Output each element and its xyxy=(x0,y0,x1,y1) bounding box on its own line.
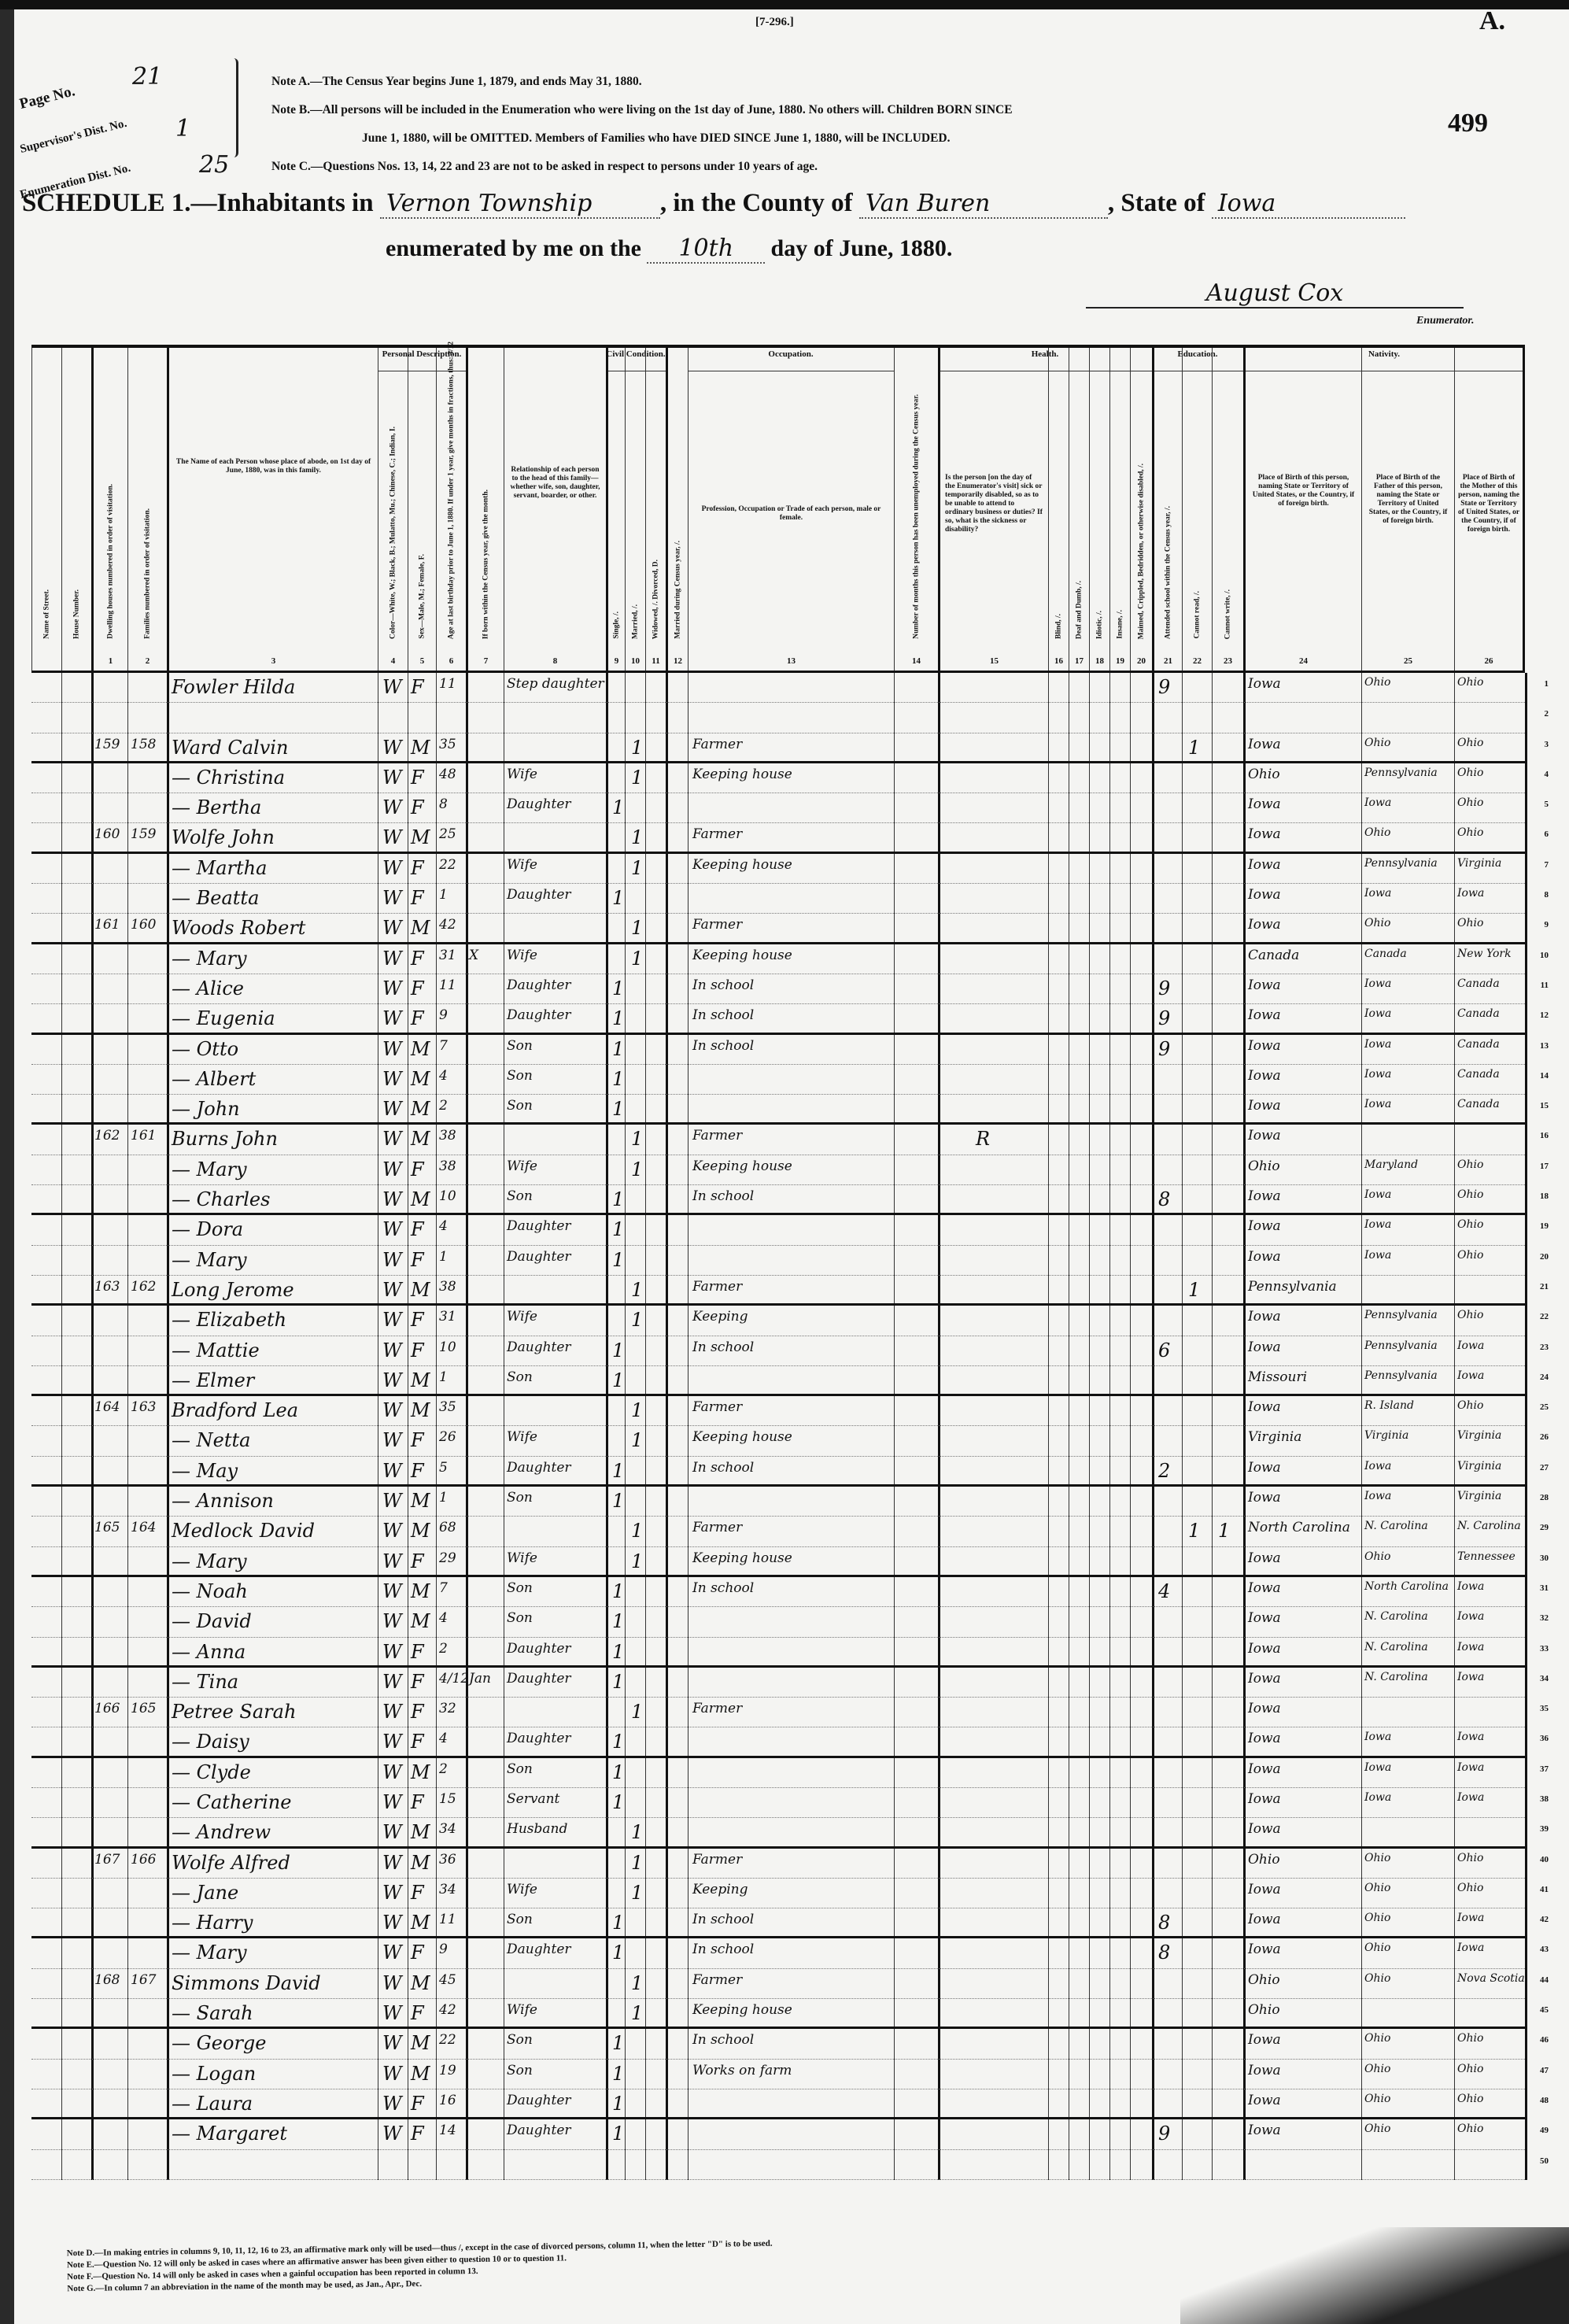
cell-father: Ohio xyxy=(1364,2123,1390,2135)
cell-family: 165 xyxy=(131,1701,156,1716)
cell-mother: Iowa xyxy=(1457,1580,1484,1593)
cell-married: 1 xyxy=(631,2002,643,2024)
cell-sex: M xyxy=(411,1912,430,1934)
cell-color: W xyxy=(382,2002,402,2024)
cell-name: — Daisy xyxy=(172,1731,249,1753)
cell-color: W xyxy=(382,1188,402,1210)
cell-mother: Iowa xyxy=(1457,1339,1484,1352)
line-number: 21 xyxy=(1540,1282,1549,1291)
cell-age: 1 xyxy=(439,887,448,903)
cell-married: 1 xyxy=(631,1821,643,1843)
cell-birth: Iowa xyxy=(1248,1610,1281,1626)
cell-color: W xyxy=(382,1460,402,1482)
cell-name: — Andrew xyxy=(172,1821,271,1843)
cell-birth: Iowa xyxy=(1248,1399,1281,1415)
cell-rel: Daughter xyxy=(507,887,571,903)
cell-age: 22 xyxy=(439,857,456,873)
cell-age: 14 xyxy=(439,2123,456,2138)
cell-cannot-read: 1 xyxy=(1188,737,1200,759)
enum-suffix: day of June, 1880. xyxy=(771,235,953,261)
cell-father: Iowa xyxy=(1364,1038,1391,1051)
cell-single: 1 xyxy=(612,887,624,909)
cell-father: Iowa xyxy=(1364,796,1391,809)
supervisor-value: 1 xyxy=(175,115,190,142)
line-number: 18 xyxy=(1540,1192,1549,1201)
cell-single: 1 xyxy=(612,1068,624,1090)
cell-single: 1 xyxy=(612,1671,624,1693)
cell-dwelling: 159 xyxy=(94,737,120,752)
cell-mother: Canada xyxy=(1457,1098,1500,1110)
header-married: Married, /.10 xyxy=(625,348,645,671)
table-row: — MaryWF31XWife1Keeping houseCanadaCanad… xyxy=(31,944,1525,974)
cell-name: Woods Robert xyxy=(172,917,305,939)
cell-rel: Son xyxy=(507,1580,533,1596)
cell-age: 9 xyxy=(439,1942,448,1957)
cell-rel: Daughter xyxy=(507,1339,571,1355)
cell-color: W xyxy=(382,1701,402,1723)
cell-married: 1 xyxy=(631,1309,643,1331)
cell-age: 4 xyxy=(439,1610,448,1626)
cell-age: 38 xyxy=(439,1158,456,1174)
cell-occupation: Farmer xyxy=(692,1279,742,1295)
cell-sex: M xyxy=(411,1761,430,1783)
cell-birth: Iowa xyxy=(1248,977,1281,993)
cell-occupation: Keeping house xyxy=(692,857,792,873)
scan-edge xyxy=(0,0,14,2324)
table-row: — MargaretWF14Daughter19IowaOhioOhio49 xyxy=(31,2119,1525,2149)
cell-occupation: Keeping house xyxy=(692,1550,792,1566)
cell-family: 161 xyxy=(131,1128,156,1144)
cell-father: R. Island xyxy=(1364,1399,1414,1412)
table-row: — ElmerWM1Son1MissouriPennsylvaniaIowa24 xyxy=(31,1366,1525,1396)
cell-age: 34 xyxy=(439,1821,456,1837)
cell-single: 1 xyxy=(612,1942,624,1964)
cell-occupation: Keeping house xyxy=(692,2002,792,2018)
cell-sex: F xyxy=(411,1791,424,1813)
cell-birth: Iowa xyxy=(1248,1098,1281,1114)
cell-mother: Iowa xyxy=(1457,1641,1484,1653)
cell-birth: Missouri xyxy=(1248,1369,1307,1385)
cell-color: W xyxy=(382,1912,402,1934)
cell-age: 42 xyxy=(439,917,456,933)
cell-married: 1 xyxy=(631,1550,643,1572)
cell-family: 159 xyxy=(131,826,156,842)
cell-color: W xyxy=(382,2093,402,2115)
cell-occupation: Farmer xyxy=(692,1972,742,1988)
scan-top-edge xyxy=(0,0,1569,9)
cell-rel: Wife xyxy=(507,1550,537,1566)
cell-family: 166 xyxy=(131,1852,156,1868)
cell-occupation: In school xyxy=(692,1912,754,1927)
line-number: 34 xyxy=(1540,1674,1549,1683)
cell-birth: Iowa xyxy=(1248,1309,1281,1325)
table-row: — BeattaWF1Daughter1IowaIowaIowa8 xyxy=(31,884,1525,914)
cell-color: W xyxy=(382,1761,402,1783)
enumerator-label: Enumerator. xyxy=(1416,315,1475,327)
cell-single: 1 xyxy=(612,1098,624,1120)
cell-rel: Servant xyxy=(507,1791,559,1807)
cell-color: W xyxy=(382,1249,402,1271)
cell-sex: F xyxy=(411,1218,424,1240)
line-number: 15 xyxy=(1540,1101,1549,1110)
cell-sex: F xyxy=(411,1550,424,1572)
line-number: 31 xyxy=(1540,1583,1549,1593)
cell-mother: Iowa xyxy=(1457,1942,1484,1954)
cell-mother: Canada xyxy=(1457,1068,1500,1081)
cell-color: W xyxy=(382,737,402,759)
cell-mother: Canada xyxy=(1457,977,1500,990)
cell-color: W xyxy=(382,1128,402,1150)
cell-birth: Iowa xyxy=(1248,1490,1281,1506)
cell-single: 1 xyxy=(612,1460,624,1482)
cell-color: W xyxy=(382,1218,402,1240)
table-row: — ClydeWM2Son1IowaIowaIowa37 xyxy=(31,1758,1525,1788)
cell-sex: F xyxy=(411,887,424,909)
cell-attended: 9 xyxy=(1158,1007,1170,1029)
cell-attended: 4 xyxy=(1158,1580,1170,1602)
table-row: — AnnisonWM1Son1IowaIowaVirginia28 xyxy=(31,1487,1525,1517)
cell-married: 1 xyxy=(631,1399,643,1421)
cell-name: — Mary xyxy=(172,1249,247,1271)
cell-birth: Virginia xyxy=(1248,1429,1301,1445)
cell-sex: M xyxy=(411,1972,430,1994)
corner-letter: A. xyxy=(1479,6,1505,36)
cell-age: 19 xyxy=(439,2063,456,2078)
cell-sex: F xyxy=(411,1671,424,1693)
cell-name: — Dora xyxy=(172,1218,243,1240)
cell-name: — Harry xyxy=(172,1912,253,1934)
enumerator-signature: August Cox xyxy=(1086,279,1464,309)
cell-rel: Son xyxy=(507,1188,533,1204)
line-number: 10 xyxy=(1540,951,1549,960)
cell-age: 1 xyxy=(439,1490,448,1506)
cell-occupation: In school xyxy=(692,1460,754,1476)
cell-father: Virginia xyxy=(1364,1429,1408,1442)
cell-rel: Son xyxy=(507,2032,533,2048)
cell-color: W xyxy=(382,1821,402,1843)
cell-age: 35 xyxy=(439,737,456,752)
cell-sex: F xyxy=(411,1249,424,1271)
cell-father: Iowa xyxy=(1364,1218,1391,1231)
cell-birth: Iowa xyxy=(1248,857,1281,873)
cell-birth: North Carolina xyxy=(1248,1520,1350,1535)
cell-age: 38 xyxy=(439,1128,456,1144)
cell-single: 1 xyxy=(612,1249,624,1271)
cell-name: — Tina xyxy=(172,1671,238,1693)
cell-sex: M xyxy=(411,1520,430,1542)
cell-mother: Ohio xyxy=(1457,1309,1483,1321)
cell-age: 4 xyxy=(439,1068,448,1084)
cell-rel: Wife xyxy=(507,767,537,782)
cell-mother: Iowa xyxy=(1457,1761,1484,1774)
cell-color: W xyxy=(382,1369,402,1391)
line-number: 11 xyxy=(1541,981,1549,990)
cell-birth: Iowa xyxy=(1248,737,1281,752)
cell-age: 9 xyxy=(439,1007,448,1023)
state-prefix: , State of xyxy=(1108,189,1205,217)
cell-rel: Son xyxy=(507,1369,533,1385)
cell-age: 11 xyxy=(439,1912,456,1927)
cell-age: 4 xyxy=(439,1731,448,1746)
line-number: 48 xyxy=(1540,2096,1549,2105)
cell-sex: M xyxy=(411,1188,430,1210)
cell-sex: M xyxy=(411,2032,430,2054)
header-maimed: Maimed, Crippled, Bedridden, or otherwis… xyxy=(1130,348,1152,671)
cell-birth: Canada xyxy=(1248,948,1299,963)
cell-attended: 8 xyxy=(1158,1912,1170,1934)
line-number: 50 xyxy=(1540,2156,1549,2166)
cell-father: Iowa xyxy=(1364,1460,1391,1472)
cell-color: W xyxy=(382,1520,402,1542)
line-number: 2 xyxy=(1545,709,1549,719)
cell-mother: Ohio xyxy=(1457,796,1483,809)
line-number: 42 xyxy=(1540,1915,1549,1924)
cell-name: Burns John xyxy=(172,1128,278,1150)
cell-sex: M xyxy=(411,1821,430,1843)
header-in-cities: Name of Street. xyxy=(31,348,61,671)
cell-father: N. Carolina xyxy=(1364,1671,1428,1683)
cell-single: 1 xyxy=(612,2063,624,2085)
cell-occupation: In school xyxy=(692,1580,754,1596)
cell-attended: 2 xyxy=(1158,1460,1170,1482)
line-number: 40 xyxy=(1540,1855,1549,1864)
cell-sex: F xyxy=(411,1158,424,1180)
cell-cannot-write: 1 xyxy=(1218,1520,1230,1542)
cell-sex: M xyxy=(411,1369,430,1391)
cell-color: W xyxy=(382,1972,402,1994)
cell-father: Pennsylvania xyxy=(1364,857,1438,870)
cell-single: 1 xyxy=(612,1580,624,1602)
cell-father: Iowa xyxy=(1364,887,1391,900)
cell-name: Wolfe John xyxy=(172,826,275,848)
cell-sex: M xyxy=(411,1490,430,1512)
cell-age: 22 xyxy=(439,2032,456,2048)
table-row: 164163Bradford LeaWM351FarmerIowaR. Isla… xyxy=(31,1396,1525,1426)
cell-occupation: Keeping house xyxy=(692,1158,792,1174)
cell-age: 8 xyxy=(439,796,448,812)
cell-age: 2 xyxy=(439,1641,448,1657)
cell-occupation: Farmer xyxy=(692,1852,742,1868)
cell-rel: Wife xyxy=(507,1158,537,1174)
instruction-notes: Note A.—The Census Year begins June 1, 1… xyxy=(271,68,1428,181)
cell-father: Ohio xyxy=(1364,1882,1390,1894)
cell-color: W xyxy=(382,767,402,789)
cell-month: X xyxy=(469,948,478,963)
cell-sex: M xyxy=(411,1128,430,1150)
line-number: 16 xyxy=(1540,1131,1549,1140)
schedule-prefix: SCHEDULE 1.—Inhabitants in xyxy=(22,189,374,217)
cell-name: — Elmer xyxy=(172,1369,254,1391)
cell-birth: Iowa xyxy=(1248,1882,1281,1897)
state-field: Iowa xyxy=(1212,190,1405,219)
table-row: — AnnaWF2Daughter1IowaN. CarolinaIowa33 xyxy=(31,1638,1525,1668)
line-number: 20 xyxy=(1540,1252,1549,1262)
cell-dwelling: 162 xyxy=(94,1128,120,1144)
line-number: 28 xyxy=(1540,1493,1549,1502)
enum-prefix: enumerated by me on the xyxy=(386,235,641,261)
cell-occupation: Farmer xyxy=(692,1128,742,1144)
cell-name: Wolfe Alfred xyxy=(172,1852,290,1874)
cell-married: 1 xyxy=(631,1852,643,1874)
cell-color: W xyxy=(382,2063,402,2085)
cell-rel: Daughter xyxy=(507,977,571,993)
cell-color: W xyxy=(382,796,402,818)
table-row: — MaryWF29Wife1Keeping houseIowaOhioTenn… xyxy=(31,1547,1525,1577)
cell-age: 11 xyxy=(439,676,456,692)
table-row: — EugeniaWF9Daughter1In school9IowaIowaC… xyxy=(31,1004,1525,1034)
cell-name: — George xyxy=(172,2032,267,2054)
line-number: 7 xyxy=(1545,860,1549,870)
table-row: — MattieWF10Daughter1In school6IowaPenns… xyxy=(31,1336,1525,1366)
cell-name: Simmons David xyxy=(172,1972,321,1994)
cell-married: 1 xyxy=(631,1972,643,1994)
line-number: 32 xyxy=(1540,1613,1549,1623)
cell-mother: Nova Scotia xyxy=(1457,1972,1525,1985)
cell-sex: F xyxy=(411,1339,424,1362)
cell-sex: F xyxy=(411,767,424,789)
note-b-1: Note B.—All persons will be included in … xyxy=(271,96,1428,124)
table-row: — ElizabethWF31Wife1KeepingIowaPennsylva… xyxy=(31,1306,1525,1336)
cell-rel: Son xyxy=(507,1038,533,1054)
cell-rel: Wife xyxy=(507,948,537,963)
cell-married: 1 xyxy=(631,826,643,848)
cell-sex: F xyxy=(411,796,424,818)
cell-age: 25 xyxy=(439,826,456,842)
cell-sex: F xyxy=(411,1882,424,1904)
cell-rel: Son xyxy=(507,1912,533,1927)
line-number: 14 xyxy=(1540,1071,1549,1081)
enumeration-date-line: enumerated by me on the 10th day of June… xyxy=(386,235,952,264)
table-row: — LoganWM19Son1Works on farmIowaOhioOhio… xyxy=(31,2060,1525,2089)
cell-dwelling: 163 xyxy=(94,1279,120,1295)
cell-age: 42 xyxy=(439,2002,456,2018)
cell-birth: Iowa xyxy=(1248,826,1281,842)
cell-mother: Ohio xyxy=(1457,1852,1483,1864)
cell-single: 1 xyxy=(612,1007,624,1029)
header-idiotic: Idiotic, /.18 xyxy=(1089,348,1109,671)
cell-age: 32 xyxy=(439,1701,456,1716)
cell-birth: Iowa xyxy=(1248,1701,1281,1716)
cell-rel: Daughter xyxy=(507,1942,571,1957)
cell-mother: Ohio xyxy=(1457,1882,1483,1894)
cell-age: 1 xyxy=(439,1369,448,1385)
cell-mother: Canada xyxy=(1457,1007,1500,1020)
cell-name: — Annison xyxy=(172,1490,274,1512)
header-sickness: Is the person [on the day of the Enumera… xyxy=(938,348,1048,671)
cell-birth: Iowa xyxy=(1248,796,1281,812)
header-unemployed: Number of months this person has been un… xyxy=(894,348,938,671)
line-number: 29 xyxy=(1540,1523,1549,1532)
page-stamp-number: 499 xyxy=(1448,109,1488,139)
table-row: — HarryWM11Son1In school8IowaOhioIowa42 xyxy=(31,1908,1525,1938)
header-birth-person: Place of Birth of this person, naming St… xyxy=(1243,348,1361,671)
line-number: 37 xyxy=(1540,1764,1549,1774)
cell-color: W xyxy=(382,2032,402,2054)
table-row: 50 xyxy=(31,2150,1525,2180)
cell-rel: Daughter xyxy=(507,1641,571,1657)
cell-birth: Iowa xyxy=(1248,917,1281,933)
cell-dwelling: 160 xyxy=(94,826,120,842)
cell-dwelling: 168 xyxy=(94,1972,120,1988)
cell-color: W xyxy=(382,1309,402,1331)
cell-name: — Logan xyxy=(172,2063,256,2085)
table-header: Name of Street. House Number. Dwelling h… xyxy=(31,348,1525,673)
table-row: — CharlesWM10Son1In school8IowaIowaOhio1… xyxy=(31,1185,1525,1215)
cell-sex: M xyxy=(411,1279,430,1301)
cell-age: 11 xyxy=(439,977,456,993)
cell-attended: 9 xyxy=(1158,1038,1170,1060)
note-a: Note A.—The Census Year begins June 1, 1… xyxy=(271,68,1428,96)
cell-age: 2 xyxy=(439,1761,448,1777)
header-dwelling: Dwelling houses numbered in order of vis… xyxy=(91,348,127,671)
cell-occupation: In school xyxy=(692,1339,754,1355)
cell-color: W xyxy=(382,1038,402,1060)
cell-family: 158 xyxy=(131,737,156,752)
cell-birth: Iowa xyxy=(1248,1007,1281,1023)
line-number: 49 xyxy=(1540,2126,1549,2135)
cell-married: 1 xyxy=(631,1701,643,1723)
cell-occupation: In school xyxy=(692,1038,754,1054)
cell-birth: Ohio xyxy=(1248,1158,1280,1174)
line-number: 12 xyxy=(1540,1011,1549,1020)
table-row: 162161Burns JohnWM381FarmerRIowa16 xyxy=(31,1125,1525,1155)
cell-birth: Iowa xyxy=(1248,1641,1281,1657)
cell-name: Medlock David xyxy=(172,1520,315,1542)
cell-occupation: Keeping house xyxy=(692,948,792,963)
cell-age: 16 xyxy=(439,2093,456,2108)
cell-birth: Iowa xyxy=(1248,1550,1281,1566)
cell-attended: 9 xyxy=(1158,2123,1170,2145)
cell-rel: Wife xyxy=(507,857,537,873)
line-number: 33 xyxy=(1540,1644,1549,1653)
cell-age: 45 xyxy=(439,1972,456,1988)
table-row: — GeorgeWM22Son1In schoolIowaOhioOhio46 xyxy=(31,2029,1525,2059)
cell-mother: Ohio xyxy=(1457,737,1483,749)
table-row: 160159Wolfe JohnWM251FarmerIowaOhioOhio6 xyxy=(31,823,1525,853)
cell-sex: M xyxy=(411,1399,430,1421)
cell-single: 1 xyxy=(612,1188,624,1210)
table-row: — TinaWF4/12JanDaughter1IowaN. CarolinaI… xyxy=(31,1668,1525,1698)
cell-father: North Carolina xyxy=(1364,1580,1449,1593)
cell-age: 15 xyxy=(439,1791,456,1807)
cell-occupation: Works on farm xyxy=(692,2063,792,2078)
cell-birth: Iowa xyxy=(1248,1791,1281,1807)
line-number: 9 xyxy=(1545,920,1549,929)
cell-rel: Daughter xyxy=(507,1671,571,1687)
cell-age: 7 xyxy=(439,1580,448,1596)
table-row: 159158Ward CalvinWM351Farmer1IowaOhioOhi… xyxy=(31,733,1525,763)
cell-family: 160 xyxy=(131,917,156,933)
line-number: 4 xyxy=(1545,770,1549,779)
table-row: — SarahWF42Wife1Keeping houseOhio45 xyxy=(31,1999,1525,2029)
cell-occupation: In school xyxy=(692,1188,754,1204)
cell-color: W xyxy=(382,1490,402,1512)
cell-birth: Iowa xyxy=(1248,1128,1281,1144)
cell-name: Ward Calvin xyxy=(172,737,288,759)
cell-name: — Mattie xyxy=(172,1339,260,1362)
cell-name: — Beatta xyxy=(172,887,259,909)
cell-color: W xyxy=(382,977,402,999)
scan-shadow xyxy=(1180,2227,1569,2324)
cell-father: Canada xyxy=(1364,948,1407,960)
cell-occupation: Farmer xyxy=(692,1399,742,1415)
cell-sex: F xyxy=(411,977,424,999)
cell-color: W xyxy=(382,676,402,698)
cell-father: Iowa xyxy=(1364,1731,1391,1743)
cell-sex: F xyxy=(411,2002,424,2024)
cell-rel: Son xyxy=(507,1098,533,1114)
header-color: Color—White, W.; Black, B.; Mulatto, Mu.… xyxy=(378,348,408,671)
